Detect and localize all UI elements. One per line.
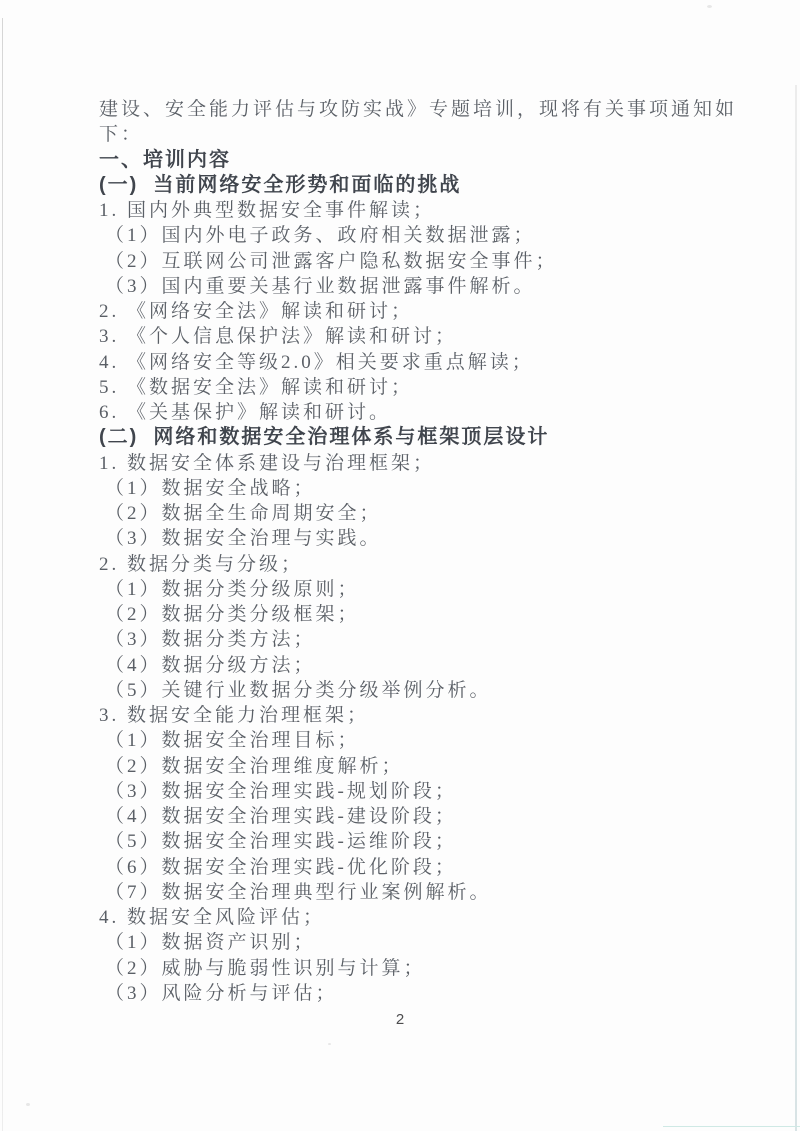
text-line: （1）数据安全治理目标；: [99, 728, 739, 753]
scan-noise-speck: [707, 5, 712, 8]
text-line: （3）数据安全治理实践-规划阶段；: [99, 779, 739, 804]
text-line: （2）威胁与脆弱性识别与计算；: [99, 956, 739, 981]
text-line: （1）数据资产识别；: [99, 930, 739, 955]
document-body: 建设、安全能力评估与攻防实战》专题培训，现将有关事项通知如下：一、培训内容(一)…: [99, 97, 739, 1006]
text-line: （1）国内外电子政务、政府相关数据泄露；: [99, 223, 739, 248]
text-line: （2）数据安全治理维度解析；: [99, 754, 739, 779]
text-line: 6. 《关基保护》解读和研讨。: [99, 400, 739, 425]
text-line: （1）数据分类分级原则；: [99, 577, 739, 602]
text-line: 5. 《数据安全法》解读和研讨；: [99, 375, 739, 400]
heading-line: (一) 当前网络安全形势和面临的挑战: [99, 173, 739, 198]
text-line: 2. 《网络安全法》解读和研讨；: [99, 299, 739, 324]
page-number: 2: [385, 1011, 415, 1028]
scan-noise-speck: [328, 1043, 331, 1045]
text-line: （4）数据安全治理实践-建设阶段；: [99, 804, 739, 829]
text-line: （3）数据分类方法；: [99, 627, 739, 652]
scanned-document-page: 建设、安全能力评估与攻防实战》专题培训，现将有关事项通知如下：一、培训内容(一)…: [0, 0, 800, 1131]
text-line: （5）关键行业数据分类分级举例分析。: [99, 678, 739, 703]
text-line: 2. 数据分类与分级；: [99, 552, 739, 577]
text-line: （3）风险分析与评估；: [99, 981, 739, 1006]
text-line: 4. 数据安全风险评估；: [99, 905, 739, 930]
heading-line: 一、培训内容: [99, 148, 739, 173]
text-line: （3）数据安全治理与实践。: [99, 526, 739, 551]
text-line: （7）数据安全治理典型行业案例解析。: [99, 880, 739, 905]
text-line: 3. 数据安全能力治理框架；: [99, 703, 739, 728]
scan-left-edge-line: [2, 18, 3, 1131]
heading-line: (二) 网络和数据安全治理体系与框架顶层设计: [99, 425, 739, 450]
text-line: （2）互联网公司泄露客户隐私数据安全事件；: [99, 249, 739, 274]
scan-bottom-edge-line: [663, 1126, 800, 1127]
text-line: （4）数据分级方法；: [99, 653, 739, 678]
text-line: 建设、安全能力评估与攻防实战》专题培训，现将有关事项通知如: [99, 97, 739, 122]
text-line: （3）国内重要关基行业数据泄露事件解析。: [99, 274, 739, 299]
text-line: （2）数据分类分级框架；: [99, 602, 739, 627]
text-line: （5）数据安全治理实践-运维阶段；: [99, 829, 739, 854]
text-line: （2）数据全生命周期安全；: [99, 501, 739, 526]
scan-right-edge-line: [795, 85, 797, 1131]
scan-noise-speck: [26, 1103, 30, 1106]
text-line: 4. 《网络安全等级2.0》相关要求重点解读；: [99, 350, 739, 375]
text-line: 1. 国内外典型数据安全事件解读；: [99, 198, 739, 223]
text-line: 下：: [99, 122, 739, 147]
text-line: 1. 数据安全体系建设与治理框架；: [99, 451, 739, 476]
text-line: （1）数据安全战略；: [99, 476, 739, 501]
text-line: （6）数据安全治理实践-优化阶段；: [99, 855, 739, 880]
text-line: 3. 《个人信息保护法》解读和研讨；: [99, 324, 739, 349]
